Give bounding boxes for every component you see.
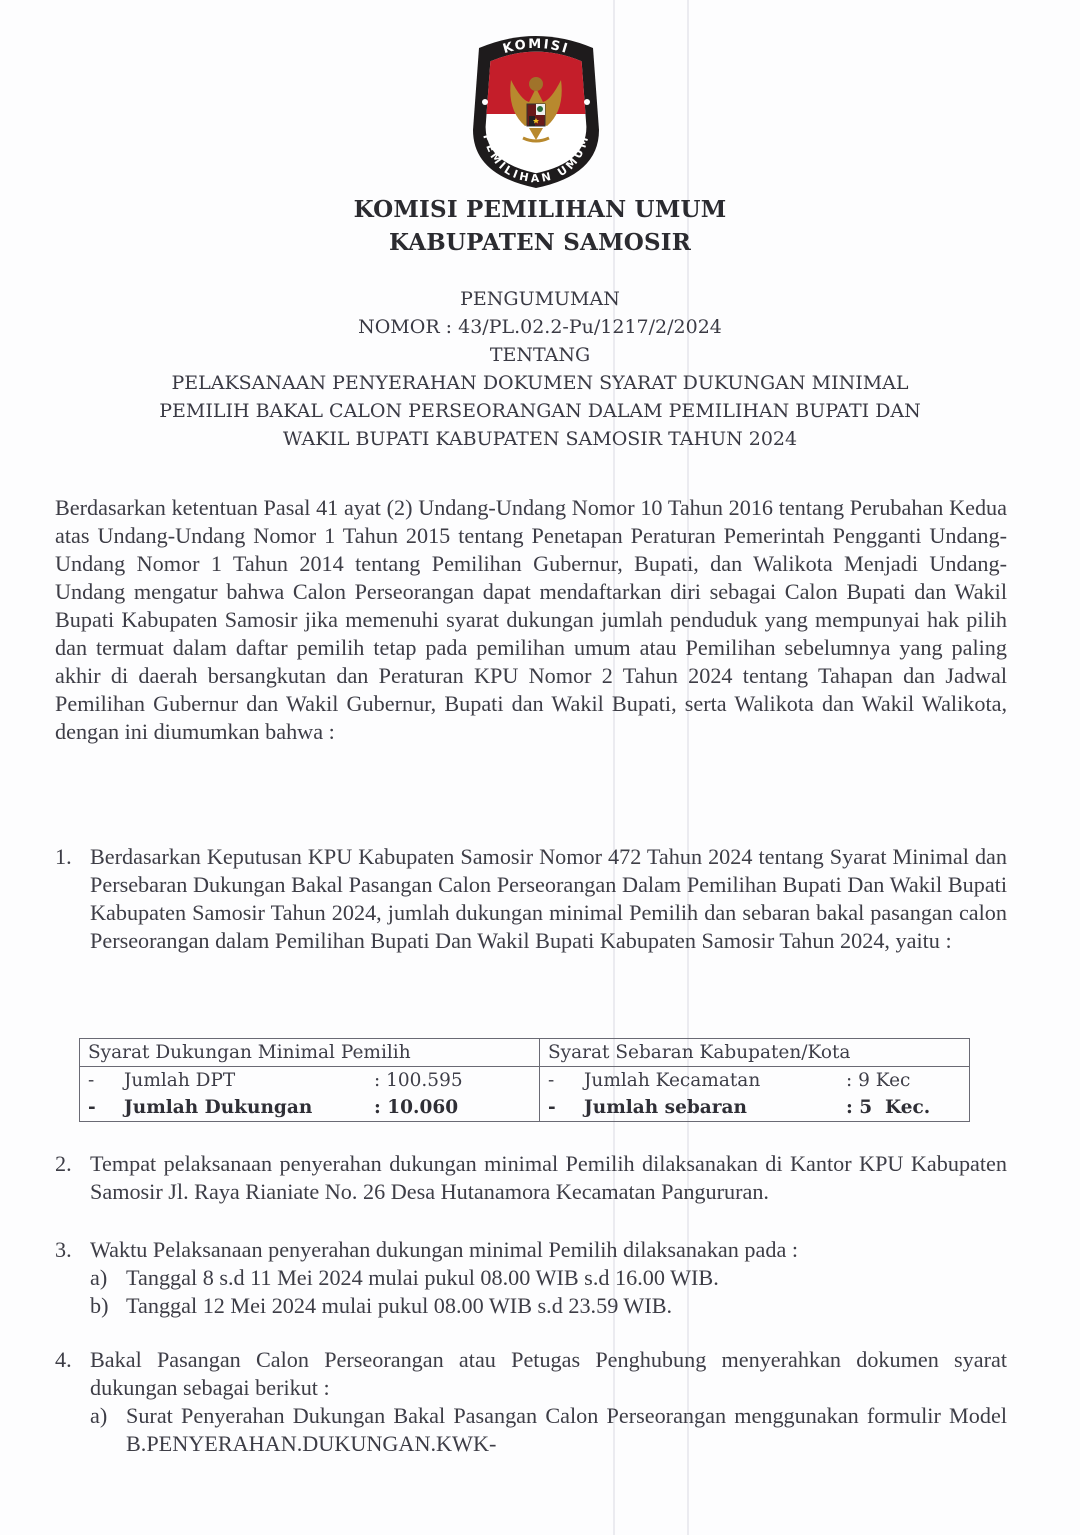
intro-paragraph: Berdasarkan ketentuan Pasal 41 ayat (2) … [55, 494, 1007, 746]
requirements-table: Syarat Dukungan Minimal Pemilih Syarat S… [79, 1038, 970, 1122]
list-item-3: 3. Waktu Pelaksanaan penyerahan dukungan… [55, 1236, 1007, 1320]
item-text: Bakal Pasangan Calon Perseorangan atau P… [90, 1346, 1007, 1402]
row-label: Jumlah sebaran [584, 1094, 846, 1121]
doc-number: NOMOR : 43/PL.02.2-Pu/1217/2/2024 [0, 316, 1080, 338]
sub-item-a: a) Tanggal 8 s.d 11 Mei 2024 mulai pukul… [90, 1264, 1007, 1292]
row-value: : 10.060 [374, 1094, 531, 1121]
item-number: 3. [55, 1236, 89, 1264]
table-row: - Jumlah sebaran : 5 Kec. [548, 1094, 961, 1121]
row-value: : 5 Kec. [846, 1094, 961, 1121]
item-number: 1. [55, 843, 89, 871]
row-label: Jumlah Dukungan [124, 1094, 374, 1121]
item-text: Waktu Pelaksanaan penyerahan dukungan mi… [90, 1236, 1007, 1264]
list-item-1: 1. Berdasarkan Keputusan KPU Kabupaten S… [55, 843, 1007, 955]
list-item-4: 4. Bakal Pasangan Calon Perseorangan ata… [55, 1346, 1007, 1458]
about-label: TENTANG [0, 344, 1080, 366]
row-value: : 100.595 [374, 1067, 531, 1094]
sub-item-b: b) Tanggal 12 Mei 2024 mulai pukul 08.00… [90, 1292, 1007, 1320]
row-label: Jumlah DPT [124, 1067, 374, 1094]
sub-item-a: a) Surat Penyerahan Dukungan Bakal Pasan… [90, 1402, 1007, 1458]
org-name-line1: KOMISI PEMILIHAN UMUM [0, 196, 1080, 223]
subject-line-3: WAKIL BUPATI KABUPATEN SAMOSIR TAHUN 202… [0, 428, 1080, 450]
document-page: KOMISI PEMILIHAN UMUM KOMISI PEMILIHAN U… [0, 0, 1080, 1535]
table-header-min-support: Syarat Dukungan Minimal Pemilih [80, 1039, 540, 1067]
row-label: Jumlah Kecamatan [584, 1067, 846, 1094]
table-header-distribution: Syarat Sebaran Kabupaten/Kota [540, 1039, 970, 1067]
row-value: : 9 Kec [846, 1067, 961, 1094]
subject-line-2: PEMILIH BAKAL CALON PERSEORANGAN DALAM P… [0, 400, 1080, 422]
doc-type: PENGUMUMAN [0, 288, 1080, 310]
kpu-logo-icon: KOMISI PEMILIHAN UMUM [459, 30, 613, 192]
item-text: Tempat pelaksanaan penyerahan dukungan m… [90, 1150, 1007, 1206]
item-text: Berdasarkan Keputusan KPU Kabupaten Samo… [90, 843, 1007, 955]
table-row: - Jumlah DPT : 100.595 [88, 1067, 531, 1094]
list-item-2: 2. Tempat pelaksanaan penyerahan dukunga… [55, 1150, 1007, 1206]
subject-line-1: PELAKSANAAN PENYERAHAN DOKUMEN SYARAT DU… [0, 372, 1080, 394]
org-name-line2: KABUPATEN SAMOSIR [0, 229, 1080, 256]
item-number: 4. [55, 1346, 89, 1374]
table-row: - Jumlah Dukungan : 10.060 [88, 1094, 531, 1121]
item-number: 2. [55, 1150, 89, 1178]
table-row: - Jumlah Kecamatan : 9 Kec [548, 1067, 961, 1094]
